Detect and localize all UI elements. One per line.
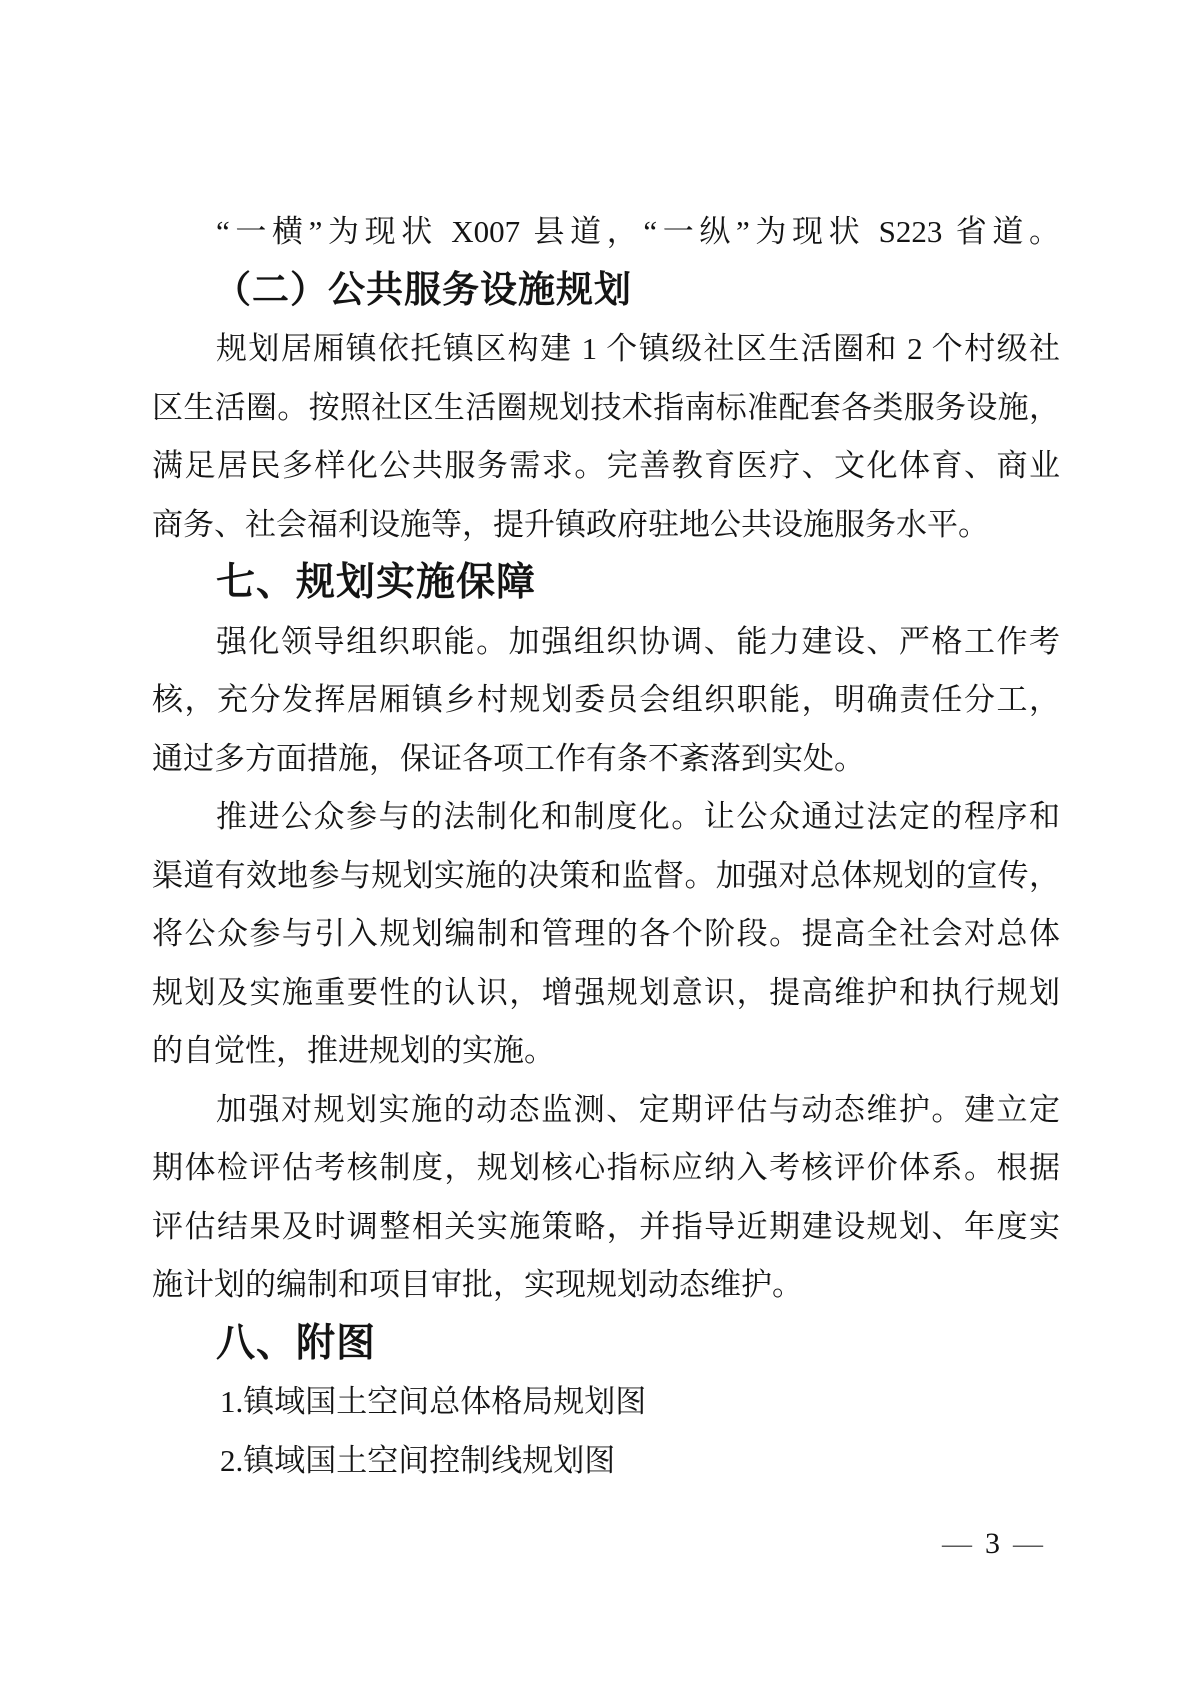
text-line: 将公众参与引入规划编制和管理的各个阶段。提高全社会对总体 bbox=[152, 905, 1060, 964]
text-line: 商务、社会福利设施等，提升镇政府驻地公共设施服务水平。 bbox=[152, 496, 1060, 555]
text-line: 渠道有效地参与规划实施的决策和监督。加强对总体规划的宣传， bbox=[152, 847, 1060, 906]
body-paragraph: “一横”为现状 X007 县道，“一纵”为现状 S223 省道。 bbox=[152, 203, 1060, 262]
text-line: 规划居厢镇依托镇区构建 1 个镇级社区生活圈和 2 个村级社 bbox=[152, 320, 1060, 379]
text-line: “一横”为现状 X007 县道，“一纵”为现状 S223 省道。 bbox=[152, 203, 1060, 262]
list-item: 1.镇域国土空间总体格局规划图 bbox=[152, 1373, 1060, 1432]
text-line: 区生活圈。按照社区生活圈规划技术指南标准配套各类服务设施， bbox=[152, 379, 1060, 438]
text-line: 满足居民多样化公共服务需求。完善教育医疗、文化体育、商业 bbox=[152, 437, 1060, 496]
body-paragraph: 推进公众参与的法制化和制度化。让公众通过法定的程序和渠道有效地参与规划实施的决策… bbox=[152, 788, 1060, 1081]
text-line: 核，充分发挥居厢镇乡村规划委员会组织职能，明确责任分工， bbox=[152, 671, 1060, 730]
subsection-heading: （二）公共服务设施规划 bbox=[152, 262, 1060, 321]
page-number: 3 bbox=[985, 1527, 1000, 1561]
document-page: “一横”为现状 X007 县道，“一纵”为现状 S223 省道。（二）公共服务设… bbox=[0, 0, 1190, 1683]
footer-dash-left: — bbox=[942, 1527, 972, 1561]
text-line: 强化领导组织职能。加强组织协调、能力建设、严格工作考 bbox=[152, 613, 1060, 672]
body-paragraph: 规划居厢镇依托镇区构建 1 个镇级社区生活圈和 2 个村级社区生活圈。按照社区生… bbox=[152, 320, 1060, 554]
text-line: 施计划的编制和项目审批，实现规划动态维护。 bbox=[152, 1256, 1060, 1315]
page-footer: — 3 — bbox=[942, 1527, 1043, 1561]
body-paragraph: 加强对规划实施的动态监测、定期评估与动态维护。建立定期体检评估考核制度，规划核心… bbox=[152, 1081, 1060, 1315]
text-line: 通过多方面措施，保证各项工作有条不紊落到实处。 bbox=[152, 730, 1060, 789]
text-line: 期体检评估考核制度，规划核心指标应纳入考核评价体系。根据 bbox=[152, 1139, 1060, 1198]
text-line: 评估结果及时调整相关实施策略，并指导近期建设规划、年度实 bbox=[152, 1198, 1060, 1257]
section-heading: 八、附图 bbox=[152, 1315, 1060, 1374]
section-heading: 七、规划实施保障 bbox=[152, 554, 1060, 613]
text-line: 规划及实施重要性的认识，增强规划意识，提高维护和执行规划 bbox=[152, 964, 1060, 1023]
list-item: 2.镇域国土空间控制线规划图 bbox=[152, 1432, 1060, 1491]
text-line: 的自觉性，推进规划的实施。 bbox=[152, 1022, 1060, 1081]
body-paragraph: 强化领导组织职能。加强组织协调、能力建设、严格工作考核，充分发挥居厢镇乡村规划委… bbox=[152, 613, 1060, 789]
text-line: 加强对规划实施的动态监测、定期评估与动态维护。建立定 bbox=[152, 1081, 1060, 1140]
footer-dash-right: — bbox=[1013, 1527, 1043, 1561]
text-line: 推进公众参与的法制化和制度化。让公众通过法定的程序和 bbox=[152, 788, 1060, 847]
document-content: “一横”为现状 X007 县道，“一纵”为现状 S223 省道。（二）公共服务设… bbox=[152, 203, 1060, 1490]
